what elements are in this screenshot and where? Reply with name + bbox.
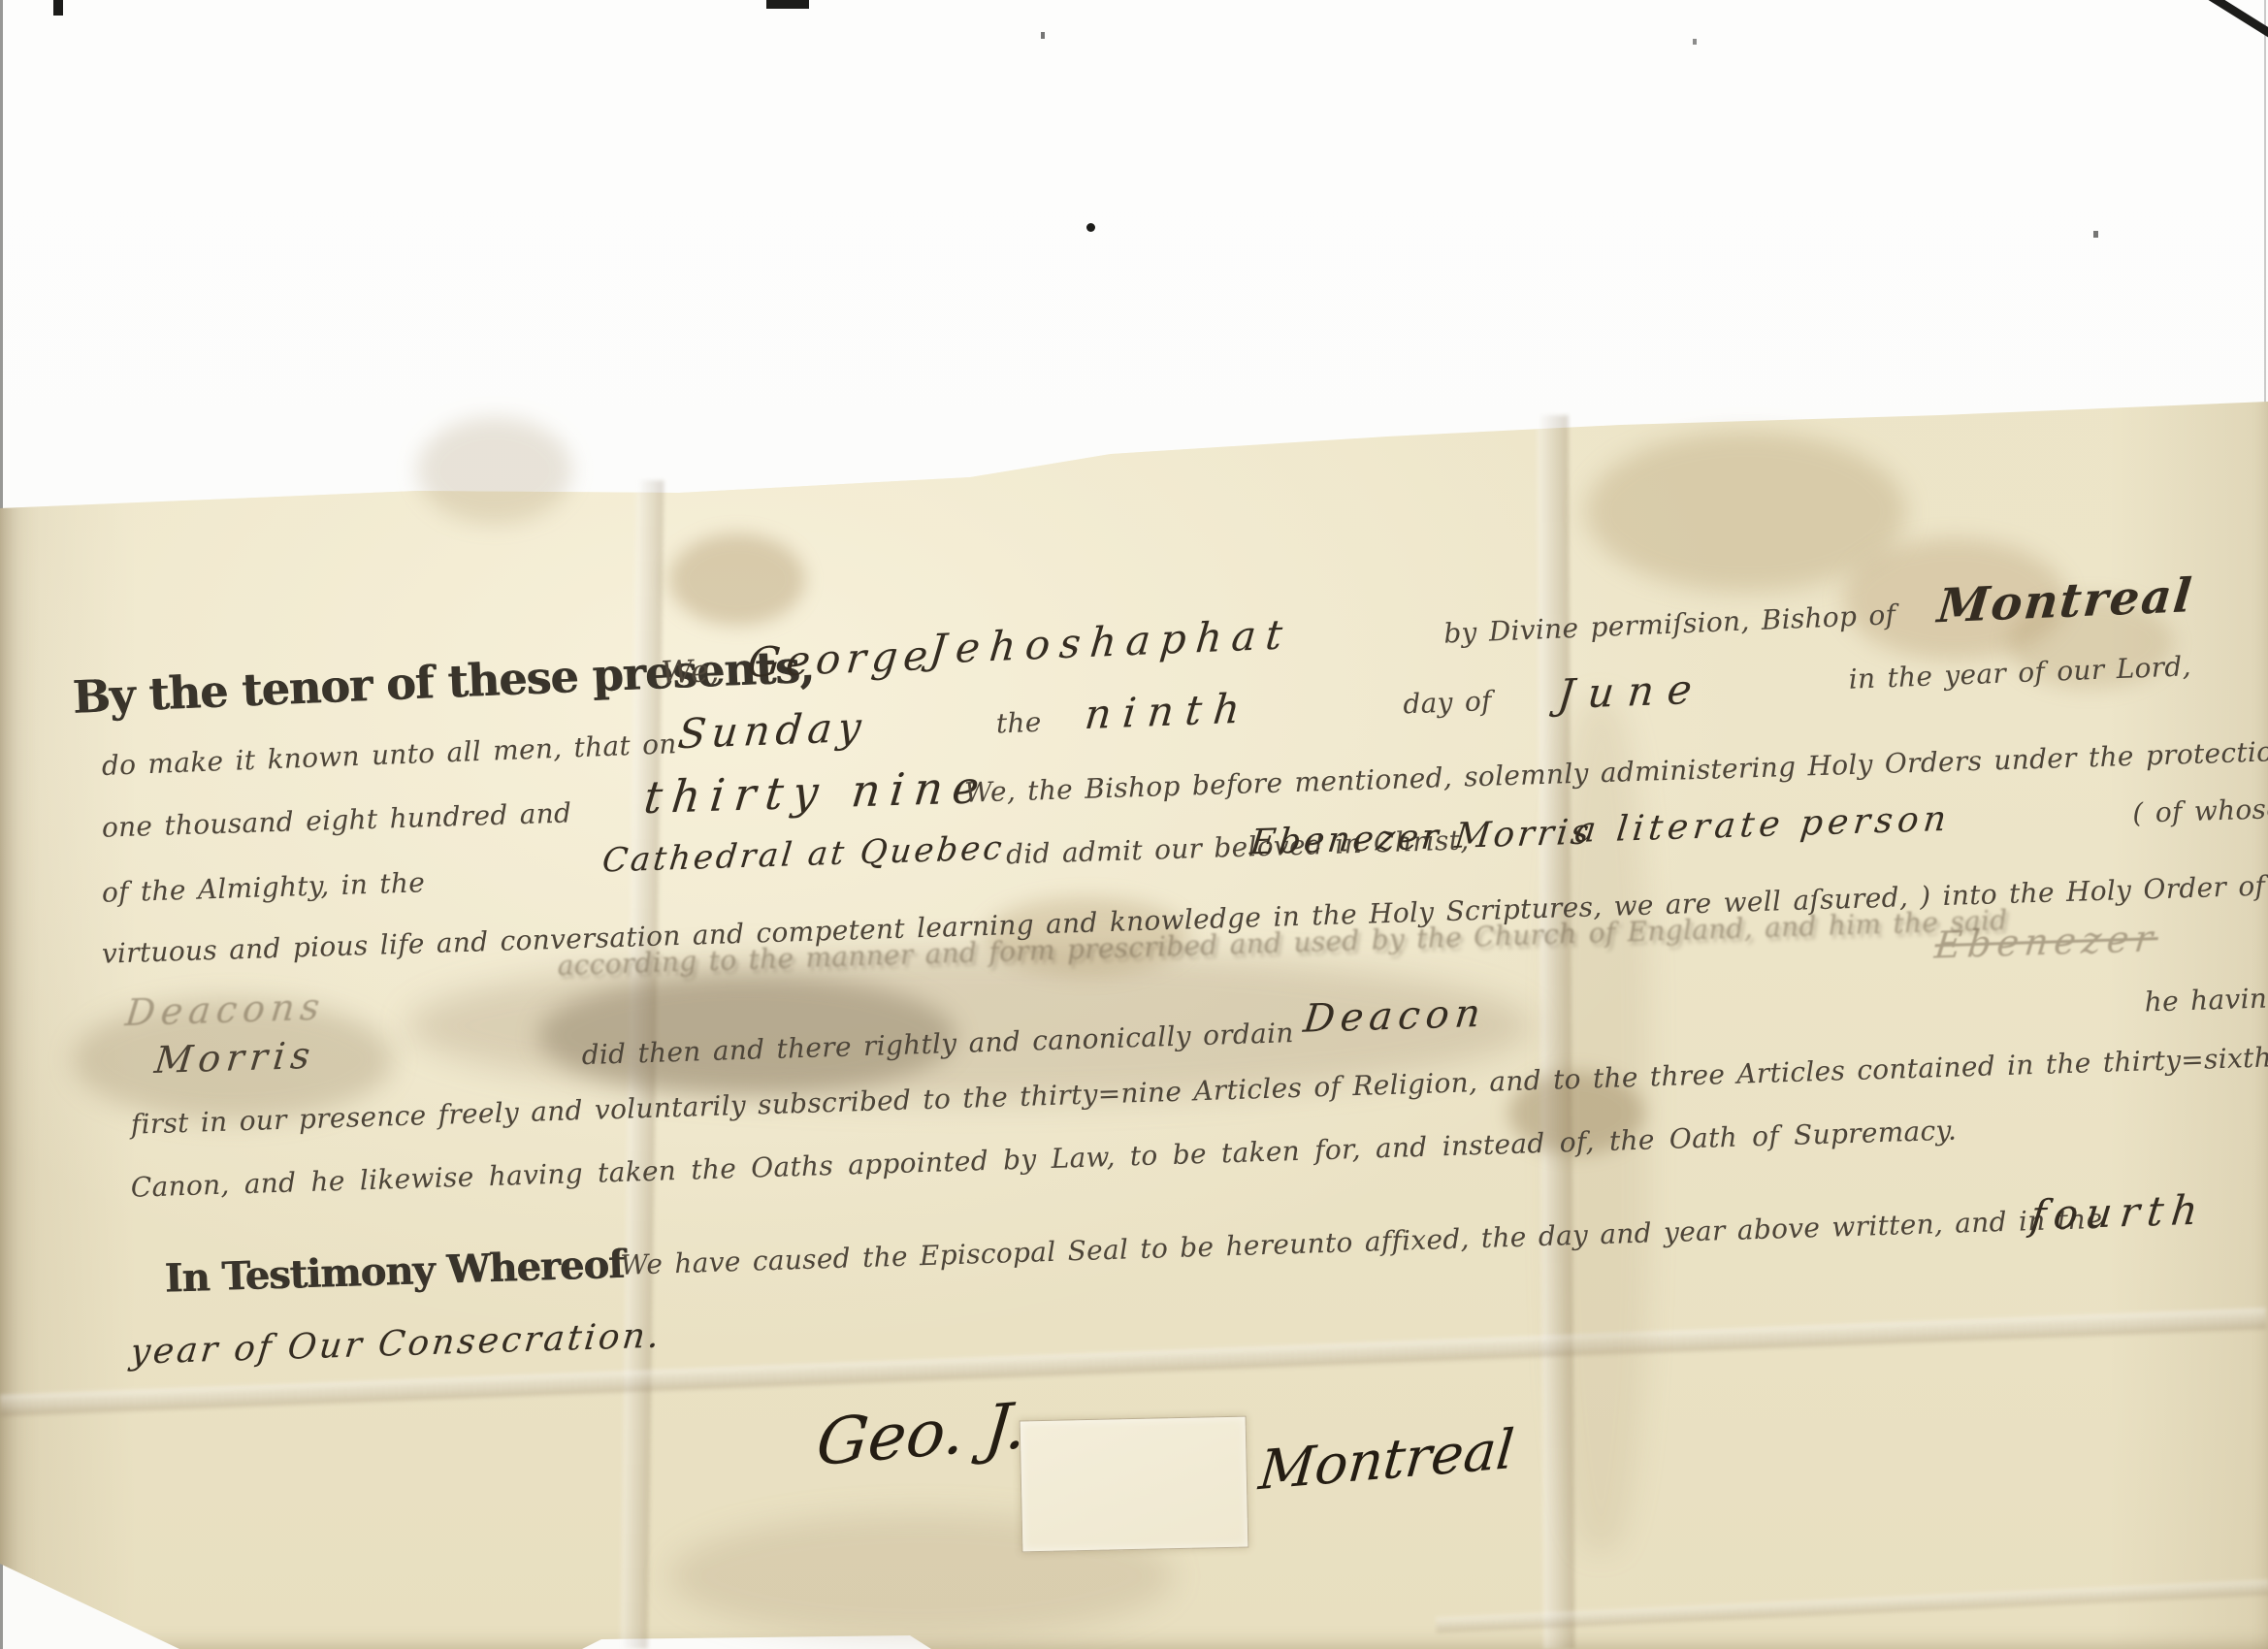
scan-speck (766, 0, 809, 9)
scan-speck (1041, 32, 1045, 39)
stain (417, 417, 572, 524)
handwritten-day-name: Sunday (676, 703, 869, 759)
scan-right-edge-line (2264, 0, 2266, 407)
printed-text: We, (660, 652, 720, 691)
printed-text: of the Almighty, in the (101, 866, 425, 908)
scan-speck (1086, 223, 1095, 232)
handwritten-surname: Morris (152, 1034, 317, 1082)
scan-speck (1693, 39, 1697, 45)
printed-text: the (995, 706, 1042, 740)
scan-speck (53, 0, 63, 16)
printed-text: one thousand eight hundred and (101, 796, 571, 843)
handwritten-order: Deacon (1301, 991, 1488, 1042)
handwritten-first-name: George (746, 631, 936, 687)
handwritten-year-words: thirty nine (641, 760, 991, 824)
scan-corner-mark (2192, 0, 2268, 42)
handwritten-see-name: Montreal (1935, 568, 2196, 633)
printed-text: ( of whose (2132, 792, 2268, 829)
handwritten-month: June (1556, 664, 1708, 718)
printed-text: he having (2144, 982, 2268, 1018)
signature-see: Montreal (1256, 1418, 1516, 1503)
scan-speck (2093, 231, 2098, 238)
scanned-ordination-certificate: By the tenor of these presents, We, Geor… (0, 0, 2268, 1649)
printed-text: day of (1403, 685, 1493, 720)
handwritten-year-ordinal: fourth (2028, 1185, 2208, 1239)
stain (669, 533, 805, 626)
handwritten-name-faded: Ebenezer (1932, 917, 2160, 966)
handwritten-day-ordinal: ninth (1083, 684, 1253, 738)
printed-text: do make it known unto all men, that on (101, 727, 677, 782)
